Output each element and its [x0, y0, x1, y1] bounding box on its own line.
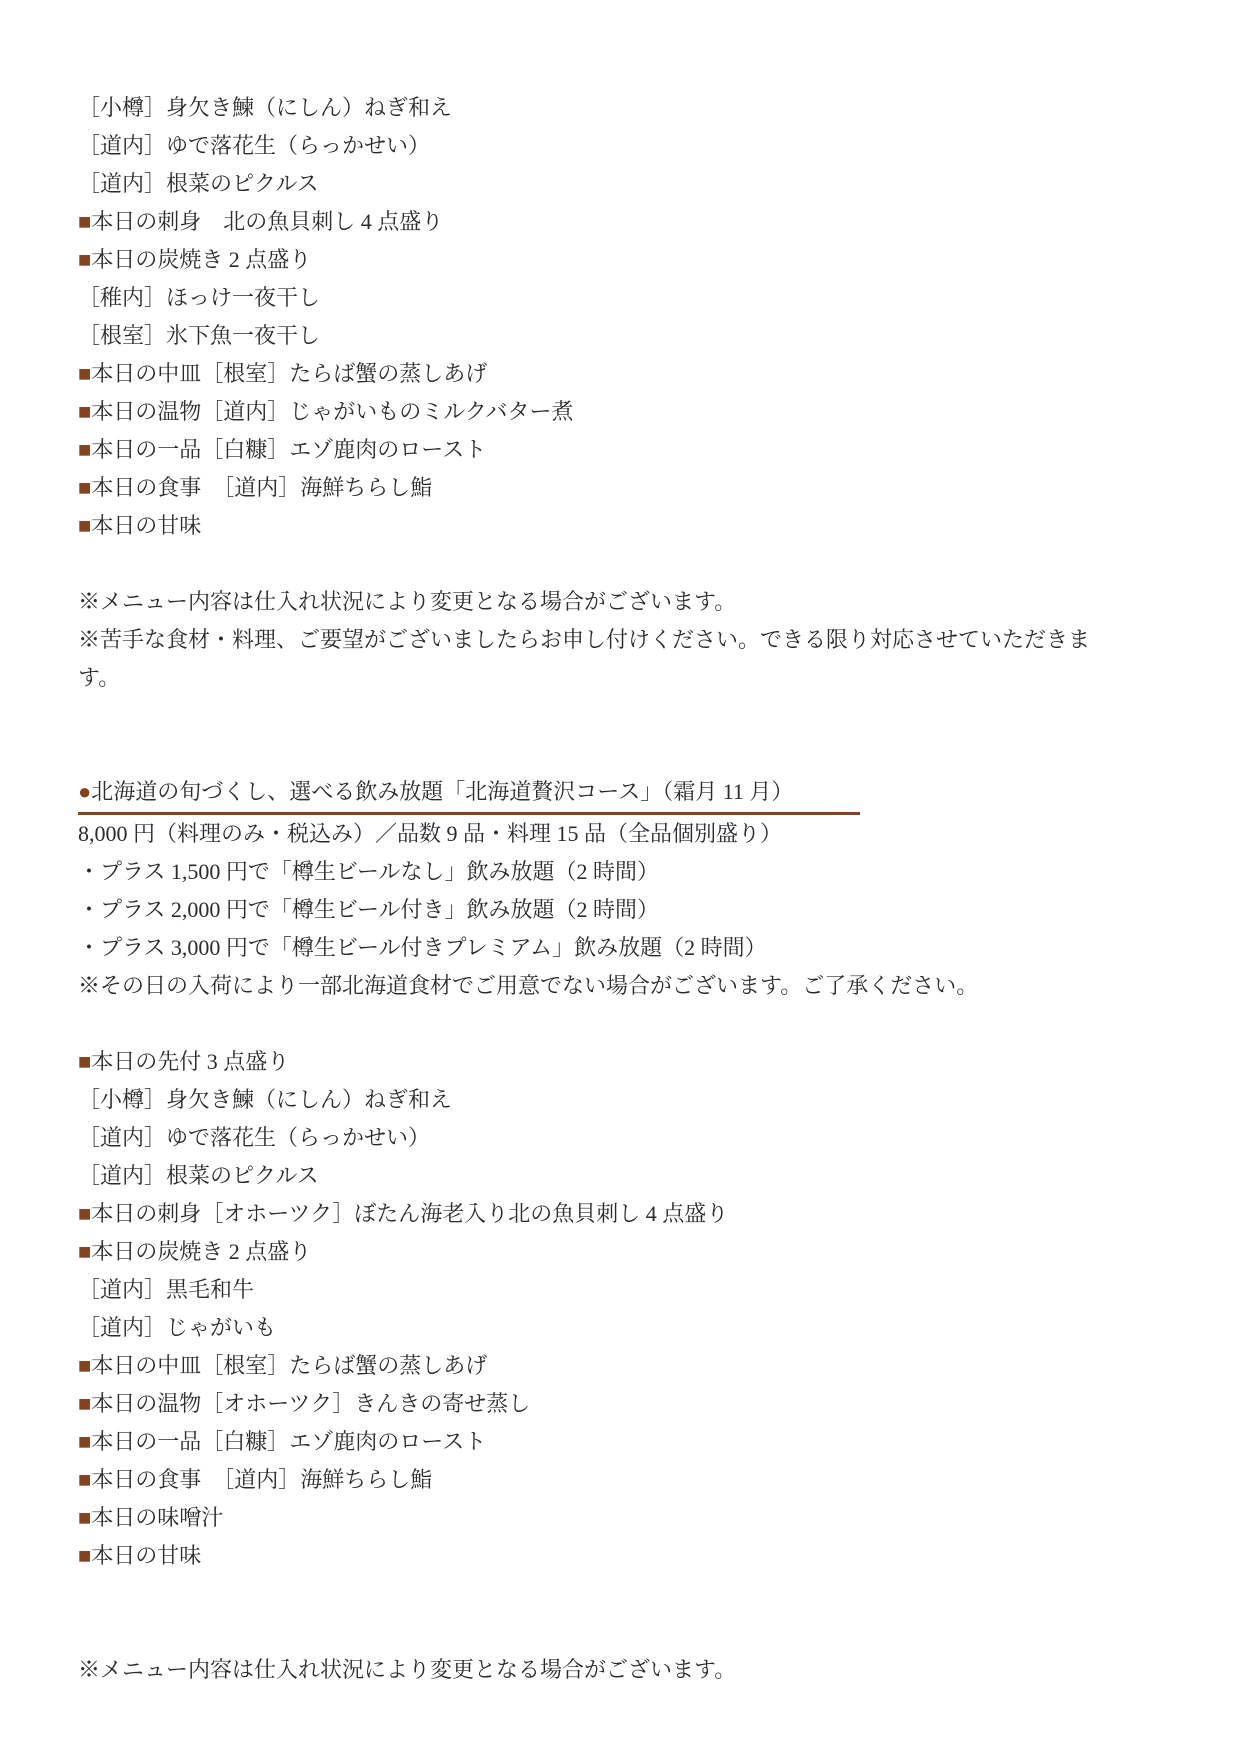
menu-item-line: ■本日の食事 ［道内］海鮮ちらし鮨 — [78, 1461, 1160, 1499]
note-line: ※苦手な食材・料理、ご要望がございましたらお申し付けください。できる限り対応させ… — [78, 621, 1160, 659]
menu-item-line: ■本日の温物［オホーツク］きんきの寄せ蒸し — [78, 1385, 1160, 1423]
square-bullet-icon: ■ — [78, 1201, 91, 1226]
menu-item-line: ■本日の味噌汁 — [78, 1499, 1160, 1537]
menu-item-text: ［道内］黒毛和牛 — [78, 1277, 254, 1302]
menu-item-text: ［道内］ゆで落花生（らっかせい） — [78, 133, 430, 158]
menu-item-line: ［道内］ゆで落花生（らっかせい） — [78, 1119, 1160, 1157]
menu-item-line: ■本日の一品［白糠］エゾ鹿肉のロースト — [78, 431, 1160, 469]
menu-item-line: ［道内］じゃがいも — [78, 1309, 1160, 1347]
top-course-item-list: ［小樽］身欠き鰊（にしん）ねぎ和え ［道内］ゆで落花生（らっかせい） ［道内］根… — [78, 89, 1160, 545]
menu-item-line: ［小樽］身欠き鰊（にしん）ねぎ和え — [78, 89, 1160, 127]
menu-item-text: ［道内］根菜のピクルス — [78, 171, 319, 196]
menu-item-text: 本日の中皿［根室］たらば蟹の蒸しあげ — [91, 361, 487, 386]
course-option-list: ・プラス 1,500 円で「樽生ビールなし」飲み放題（2 時間） ・プラス 2,… — [78, 853, 1160, 967]
menu-item-text: 本日の一品［白糠］エゾ鹿肉のロースト — [91, 1429, 486, 1454]
square-bullet-icon: ■ — [78, 475, 91, 500]
menu-item-line: ［小樽］身欠き鰊（にしん）ねぎ和え — [78, 1081, 1160, 1119]
menu-item-line: ［道内］黒毛和牛 — [78, 1271, 1160, 1309]
menu-item-text: ［道内］じゃがいも — [78, 1315, 276, 1340]
course-price-line: 8,000 円（料理のみ・税込み）／品数 9 品・料理 15 品（全品個別盛り） — [78, 815, 1160, 853]
course-section: ●北海道の旬づくし、選べる飲み放題「北海道贅沢コース」（霜月 11 月） 8,0… — [78, 773, 1160, 1005]
menu-item-line: ■本日の甘味 — [78, 1537, 1160, 1575]
menu-item-text: 本日の甘味 — [91, 1543, 201, 1568]
menu-item-text: ［道内］根菜のピクルス — [78, 1163, 319, 1188]
square-bullet-icon: ■ — [78, 1505, 91, 1530]
menu-item-line: ■本日の炭焼き 2 点盛り — [78, 241, 1160, 279]
menu-item-line: ■本日の炭焼き 2 点盛り — [78, 1233, 1160, 1271]
menu-item-text: 本日の味噌汁 — [91, 1505, 223, 1530]
menu-item-line: ■本日の温物［道内］じゃがいものミルクバター煮 — [78, 393, 1160, 431]
menu-item-text: ［小樽］身欠き鰊（にしん）ねぎ和え — [78, 1087, 452, 1112]
course-heading-text: 北海道の旬づくし、選べる飲み放題「北海道贅沢コース」（霜月 11 月） — [91, 779, 793, 804]
course-option-text: ・プラス 2,000 円で「樽生ビール付き」飲み放題（2 時間） — [78, 897, 659, 922]
course-heading: ●北海道の旬づくし、選べる飲み放題「北海道贅沢コース」（霜月 11 月） — [78, 773, 1160, 815]
square-bullet-icon: ■ — [78, 1543, 91, 1568]
top-notes: ※メニュー内容は仕入れ状況により変更となる場合がございます。 ※苦手な食材・料理… — [78, 583, 1160, 697]
note-text: ※メニュー内容は仕入れ状況により変更となる場合がございます。 — [78, 589, 736, 614]
square-bullet-icon: ■ — [78, 209, 91, 234]
course-option-line: ・プラス 2,000 円で「樽生ビール付き」飲み放題（2 時間） — [78, 891, 1160, 929]
menu-item-text: 本日の食事 ［道内］海鮮ちらし鮨 — [91, 1467, 432, 1492]
menu-item-text: ［稚内］ほっけ一夜干し — [78, 285, 320, 310]
menu-item-text: 本日の中皿［根室］たらば蟹の蒸しあげ — [91, 1353, 487, 1378]
menu-item-line: ■本日の中皿［根室］たらば蟹の蒸しあげ — [78, 355, 1160, 393]
course-option-line: ・プラス 1,500 円で「樽生ビールなし」飲み放題（2 時間） — [78, 853, 1160, 891]
course-availability-note: ※その日の入荷により一部北海道食材でご用意でない場合がございます。ご了承ください… — [78, 967, 1160, 1005]
course-option-line: ・プラス 3,000 円で「樽生ビール付きプレミアム」飲み放題（2 時間） — [78, 929, 1160, 967]
menu-item-text: 本日の食事 ［道内］海鮮ちらし鮨 — [91, 475, 432, 500]
menu-item-line: ■本日の刺身 北の魚貝刺し 4 点盛り — [78, 203, 1160, 241]
menu-item-text: ［小樽］身欠き鰊（にしん）ねぎ和え — [78, 95, 452, 120]
menu-item-line: ■本日の食事 ［道内］海鮮ちらし鮨 — [78, 469, 1160, 507]
course-item-list: ■本日の先付 3 点盛り ［小樽］身欠き鰊（にしん）ねぎ和え ［道内］ゆで落花生… — [78, 1043, 1160, 1575]
square-bullet-icon: ■ — [78, 437, 91, 462]
square-bullet-icon: ■ — [78, 1239, 91, 1264]
note-text: ※苦手な食材・料理、ご要望がございましたらお申し付けください。できる限り対応させ… — [78, 627, 1090, 652]
menu-item-line: ［根室］氷下魚一夜干し — [78, 317, 1160, 355]
bottom-note: ※メニュー内容は仕入れ状況により変更となる場合がございます。 — [78, 1651, 1160, 1689]
menu-item-line: ■本日の先付 3 点盛り — [78, 1043, 1160, 1081]
square-bullet-icon: ■ — [78, 513, 91, 538]
menu-item-text: 本日の温物［道内］じゃがいものミルクバター煮 — [91, 399, 573, 424]
course-option-text: ・プラス 1,500 円で「樽生ビールなし」飲み放題（2 時間） — [78, 859, 659, 884]
note-line: ※メニュー内容は仕入れ状況により変更となる場合がございます。 — [78, 583, 1160, 621]
menu-item-text: 本日の甘味 — [91, 513, 201, 538]
menu-item-line: ■本日の甘味 — [78, 507, 1160, 545]
note-line: す。 — [78, 659, 1160, 697]
square-bullet-icon: ■ — [78, 361, 91, 386]
menu-item-line: ■本日の刺身［オホーツク］ぼたん海老入り北の魚貝刺し 4 点盛り — [78, 1195, 1160, 1233]
menu-item-text: ［道内］ゆで落花生（らっかせい） — [78, 1125, 430, 1150]
menu-item-text: 本日の炭焼き 2 点盛り — [91, 247, 311, 272]
menu-item-text: 本日の刺身 北の魚貝刺し 4 点盛り — [91, 209, 443, 234]
square-bullet-icon: ■ — [78, 247, 91, 272]
menu-item-text: 本日の一品［白糠］エゾ鹿肉のロースト — [91, 437, 486, 462]
course-heading-underline: ●北海道の旬づくし、選べる飲み放題「北海道贅沢コース」（霜月 11 月） — [78, 773, 860, 815]
menu-item-line: ■本日の一品［白糠］エゾ鹿肉のロースト — [78, 1423, 1160, 1461]
square-bullet-icon: ■ — [78, 1049, 91, 1074]
menu-item-line: ■本日の中皿［根室］たらば蟹の蒸しあげ — [78, 1347, 1160, 1385]
menu-item-text: 本日の炭焼き 2 点盛り — [91, 1239, 311, 1264]
menu-item-line: ［道内］ゆで落花生（らっかせい） — [78, 127, 1160, 165]
menu-item-text: 本日の刺身［オホーツク］ぼたん海老入り北の魚貝刺し 4 点盛り — [91, 1201, 728, 1226]
course-option-text: ・プラス 3,000 円で「樽生ビール付きプレミアム」飲み放題（2 時間） — [78, 935, 767, 960]
circle-bullet-icon: ● — [78, 779, 91, 804]
menu-item-text: 本日の温物［オホーツク］きんきの寄せ蒸し — [91, 1391, 530, 1416]
square-bullet-icon: ■ — [78, 399, 91, 424]
note-text: す。 — [78, 665, 120, 690]
square-bullet-icon: ■ — [78, 1391, 91, 1416]
menu-item-line: ［道内］根菜のピクルス — [78, 1157, 1160, 1195]
menu-item-text: 本日の先付 3 点盛り — [91, 1049, 289, 1074]
menu-item-line: ［稚内］ほっけ一夜干し — [78, 279, 1160, 317]
menu-item-line: ［道内］根菜のピクルス — [78, 165, 1160, 203]
square-bullet-icon: ■ — [78, 1429, 91, 1454]
menu-document-page: ［小樽］身欠き鰊（にしん）ねぎ和え ［道内］ゆで落花生（らっかせい） ［道内］根… — [0, 0, 1240, 1755]
square-bullet-icon: ■ — [78, 1353, 91, 1378]
menu-item-text: ［根室］氷下魚一夜干し — [78, 323, 320, 348]
square-bullet-icon: ■ — [78, 1467, 91, 1492]
